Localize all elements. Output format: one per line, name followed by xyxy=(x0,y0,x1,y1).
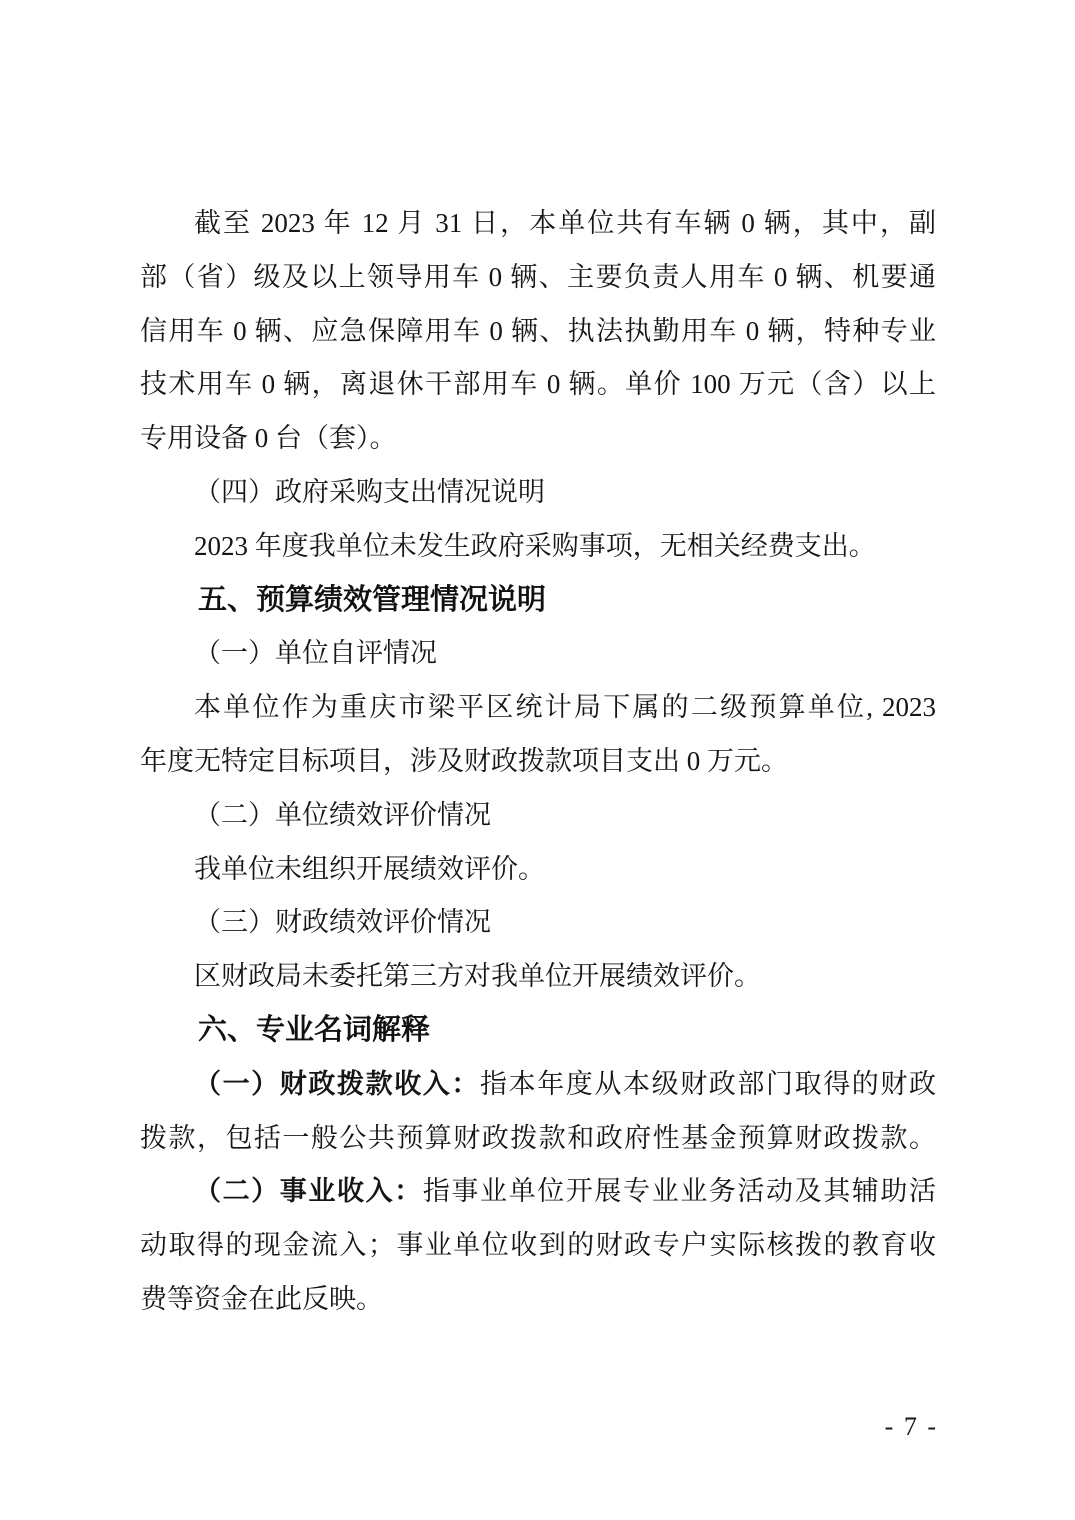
page-number: - 7 - xyxy=(885,1412,938,1442)
body-line: 动取得的现金流入；事业单位收到的财政专户实际核拨的教育收 xyxy=(140,1219,936,1273)
section-heading: 五、预算绩效管理情况说明 xyxy=(140,574,936,628)
term-label: （一）财政拨款收入： xyxy=(194,1069,480,1099)
body-line: 部（省）级及以上领导用车 0 辆、主要负责人用车 0 辆、机要通 xyxy=(140,251,936,305)
body-line: 拨款，包括一般公共预算财政拨款和政府性基金预算财政拨款。 xyxy=(140,1112,936,1166)
body-line: （一）财政拨款收入：指本年度从本级财政部门取得的财政 xyxy=(140,1058,936,1112)
body-line: 本单位作为重庆市梁平区统计局下属的二级预算单位, 2023 xyxy=(140,681,936,735)
body-line: 年度无特定目标项目，涉及财政拨款项目支出 0 万元。 xyxy=(140,735,936,789)
body-line: 区财政局未委托第三方对我单位开展绩效评价。 xyxy=(140,950,936,1004)
subsection-heading: （二）单位绩效评价情况 xyxy=(140,789,936,843)
subsection-heading: （三）财政绩效评价情况 xyxy=(140,896,936,950)
section-heading: 六、专业名词解释 xyxy=(140,1004,936,1058)
document-text-block: 截至 2023 年 12 月 31 日，本单位共有车辆 0 辆，其中，副 部（省… xyxy=(140,197,936,1327)
term-definition: 指事业单位开展专业业务活动及其辅助活 xyxy=(423,1176,936,1206)
term-definition: 指本年度从本级财政部门取得的财政 xyxy=(480,1069,936,1099)
body-line: 2023 年度我单位未发生政府采购事项，无相关经费支出。 xyxy=(140,520,936,574)
body-line: 技术用车 0 辆，离退休干部用车 0 辆。单价 100 万元（含）以上 xyxy=(140,358,936,412)
body-line: 信用车 0 辆、应急保障用车 0 辆、执法执勤用车 0 辆，特种专业 xyxy=(140,305,936,359)
subsection-heading: （四）政府采购支出情况说明 xyxy=(140,466,936,520)
body-line: 我单位未组织开展绩效评价。 xyxy=(140,843,936,897)
term-label: （二）事业收入： xyxy=(194,1176,423,1206)
body-line: 费等资金在此反映。 xyxy=(140,1273,936,1327)
body-line: （二）事业收入：指事业单位开展专业业务活动及其辅助活 xyxy=(140,1165,936,1219)
subsection-heading: （一）单位自评情况 xyxy=(140,627,936,681)
body-line: 专用设备 0 台（套）。 xyxy=(140,412,936,466)
document-page: 截至 2023 年 12 月 31 日，本单位共有车辆 0 辆，其中，副 部（省… xyxy=(0,0,1075,1520)
body-line: 截至 2023 年 12 月 31 日，本单位共有车辆 0 辆，其中，副 xyxy=(140,197,936,251)
